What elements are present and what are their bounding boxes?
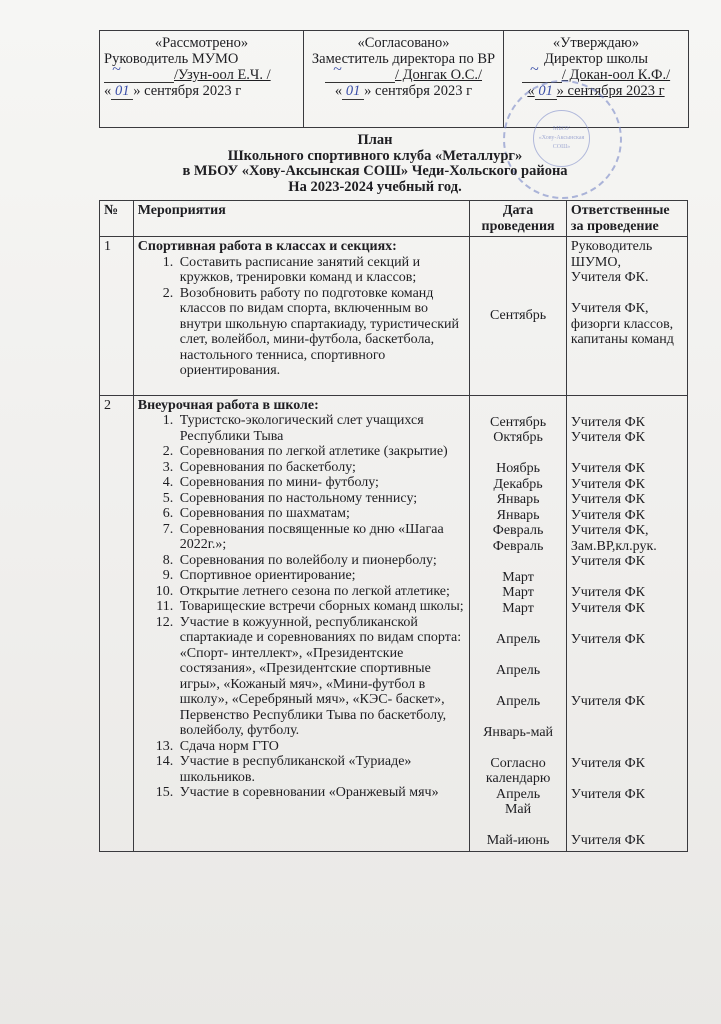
date-value: Март: [474, 585, 562, 601]
approval-name: / Донгак О.С./: [395, 67, 482, 83]
approval-signature-line: ~/ Донгак О.С./: [308, 67, 499, 83]
responsible-value: Учителя ФК: [571, 477, 683, 493]
approval-name: /Узун-оол Е.Ч. /: [174, 67, 271, 83]
approval-date: «01» сентября 2023 г: [308, 83, 499, 100]
list-item: Открытие летнего сезона по легкой атлети…: [177, 584, 465, 600]
responsible-value: Учителя ФК: [571, 430, 683, 446]
date-value: Сентябрь: [474, 308, 562, 324]
list-item: Спортивное ориентирование;: [177, 568, 465, 584]
row-activities: Внеурочная работа в школе:Туристско-экол…: [133, 395, 469, 851]
responsible-value: Учителя ФК,: [571, 523, 683, 539]
list-item: Соревнования посвященные ко дню «Шагаа 2…: [177, 522, 465, 553]
list-item: Участие в соревновании «Оранжевый мяч»: [177, 785, 465, 801]
list-item: Соревнования по легкой атлетике (закрыти…: [177, 444, 465, 460]
responsible-value: Учителя ФК, физорги классов, капитаны ко…: [571, 301, 683, 348]
row-number: 2: [100, 395, 134, 851]
spacer: [474, 647, 562, 663]
list-item: Соревнования по мини- футболу;: [177, 475, 465, 491]
responsible-value: Учителя ФК: [571, 554, 683, 570]
approval-date: «01» сентября 2023 г: [104, 83, 299, 100]
row-activities: Спортивная работа в классах и секциях:Со…: [133, 237, 469, 396]
approval-name: / Докан-оол К.Ф./: [562, 67, 670, 83]
spacer: [474, 554, 562, 570]
header-num: №: [100, 201, 134, 237]
spacer: [571, 802, 683, 818]
list-item: Соревнования по шахматам;: [177, 506, 465, 522]
date-value: Апрель: [474, 694, 562, 710]
row-dates: СентябрьОктябрьНоябрьДекабрьЯнварьЯнварь…: [470, 395, 567, 851]
spacer: [571, 570, 683, 586]
header-activity: Мероприятия: [133, 201, 469, 237]
list-item: Участие в кожуунной, республиканской спа…: [177, 615, 465, 739]
list-item: Соревнования по баскетболу;: [177, 460, 465, 476]
document-page: «Рассмотрено» Руководитель МУМО ~/Узун-о…: [0, 0, 721, 1024]
row-number: 1: [100, 237, 134, 396]
spacer: [571, 678, 683, 694]
approval-signature-line: ~/Узун-оол Е.Ч. /: [104, 67, 299, 83]
approval-reviewed: «Рассмотрено» Руководитель МУМО ~/Узун-о…: [100, 31, 304, 127]
date-value: Сентябрь: [474, 415, 562, 431]
signature-icon: ~: [112, 62, 121, 78]
responsible-value: Учителя ФК: [571, 632, 683, 648]
approval-title: «Утверждаю»: [508, 35, 684, 51]
list-item: Сдача норм ГТО: [177, 739, 465, 755]
responsible-value: Учителя ФК: [571, 415, 683, 431]
date-value: Согласно календарю: [474, 756, 562, 787]
date-value: Май-июнь: [474, 833, 562, 849]
list-item: Товарищеские встречи сборных команд школ…: [177, 599, 465, 615]
spacer: [571, 446, 683, 462]
responsible-value: Учителя ФК: [571, 585, 683, 601]
activity-list: Составить расписание занятий секций и кр…: [138, 255, 465, 379]
responsible-value: Зам.ВР,кл.рук.: [571, 539, 683, 555]
header-responsible: Ответственные за проведение: [566, 201, 687, 237]
approval-signature-line: ~/ Докан-оол К.Ф./: [508, 67, 684, 83]
date-value: Ноябрь: [474, 461, 562, 477]
spacer: [571, 740, 683, 756]
spacer: [474, 740, 562, 756]
date-value: Апрель: [474, 632, 562, 648]
list-item: Соревнования по настольному теннису;: [177, 491, 465, 507]
list-item: Составить расписание занятий секций и кр…: [177, 255, 465, 286]
row-responsible: Руководитель ШУМО,Учителя ФК.Учителя ФК,…: [566, 237, 687, 396]
responsible-value: Учителя ФК.: [571, 270, 683, 286]
row-dates: Сентябрь: [470, 237, 567, 396]
header-date: Дата проведения: [470, 201, 567, 237]
signature-icon: ~: [530, 62, 539, 78]
date-value: Февраль: [474, 539, 562, 555]
table-header-row: № Мероприятия Дата проведения Ответствен…: [100, 201, 688, 237]
approval-agreed: «Согласовано» Заместитель директора по В…: [304, 31, 504, 127]
document-title: План Школьного спортивного клуба «Металл…: [150, 133, 600, 195]
responsible-value: Учителя ФК: [571, 601, 683, 617]
list-item: Участие в республиканской «Туриаде» школ…: [177, 754, 465, 785]
list-item: Возобновить работу по подготовке команд …: [177, 286, 465, 379]
spacer: [571, 663, 683, 679]
section-title: Спортивная работа в классах и секциях:: [138, 239, 465, 255]
responsible-value: Учителя ФК: [571, 694, 683, 710]
spacer: [571, 616, 683, 632]
spacer: [571, 647, 683, 663]
approval-position: Руководитель МУМО: [104, 51, 299, 67]
responsible-value: Учителя ФК: [571, 461, 683, 477]
row-responsible: Учителя ФКУчителя ФКУчителя ФКУчителя ФК…: [566, 395, 687, 851]
spacer: [474, 446, 562, 462]
responsible-value: Учителя ФК: [571, 787, 683, 803]
date-value: Январь: [474, 508, 562, 524]
table-row: 2Внеурочная работа в школе:Туристско-эко…: [100, 395, 688, 851]
date-value: Февраль: [474, 523, 562, 539]
spacer: [571, 771, 683, 787]
date-value: Январь: [474, 492, 562, 508]
plan-table: № Мероприятия Дата проведения Ответствен…: [99, 200, 688, 852]
date-value: Декабрь: [474, 477, 562, 493]
activity-list: Туристско-экологический слет учащихся Ре…: [138, 413, 465, 801]
date-value: Март: [474, 570, 562, 586]
spacer: [571, 818, 683, 834]
responsible-value: Учителя ФК: [571, 756, 683, 772]
spacer: [474, 709, 562, 725]
approval-title: «Рассмотрено»: [104, 35, 299, 51]
spacer: [474, 616, 562, 632]
signature-icon: ~: [333, 62, 342, 78]
spacer: [571, 725, 683, 741]
spacer: [474, 818, 562, 834]
responsible-value: Учителя ФК: [571, 508, 683, 524]
responsible-value: Учителя ФК: [571, 833, 683, 849]
responsible-value: Руководитель ШУМО,: [571, 239, 683, 270]
date-value: Май: [474, 802, 562, 818]
table-row: 1Спортивная работа в классах и секциях:С…: [100, 237, 688, 396]
date-value: Апрель: [474, 663, 562, 679]
date-value: Январь-май: [474, 725, 562, 741]
spacer: [474, 678, 562, 694]
spacer: [571, 709, 683, 725]
responsible-value: Учителя ФК: [571, 492, 683, 508]
date-value: Апрель: [474, 787, 562, 803]
date-value: Март: [474, 601, 562, 617]
spacer: [571, 286, 683, 302]
date-value: Октябрь: [474, 430, 562, 446]
approval-title: «Согласовано»: [308, 35, 499, 51]
list-item: Туристско-экологический слет учащихся Ре…: [177, 413, 465, 444]
section-title: Внеурочная работа в школе:: [138, 398, 465, 414]
list-item: Соревнования по волейболу и пионерболу;: [177, 553, 465, 569]
